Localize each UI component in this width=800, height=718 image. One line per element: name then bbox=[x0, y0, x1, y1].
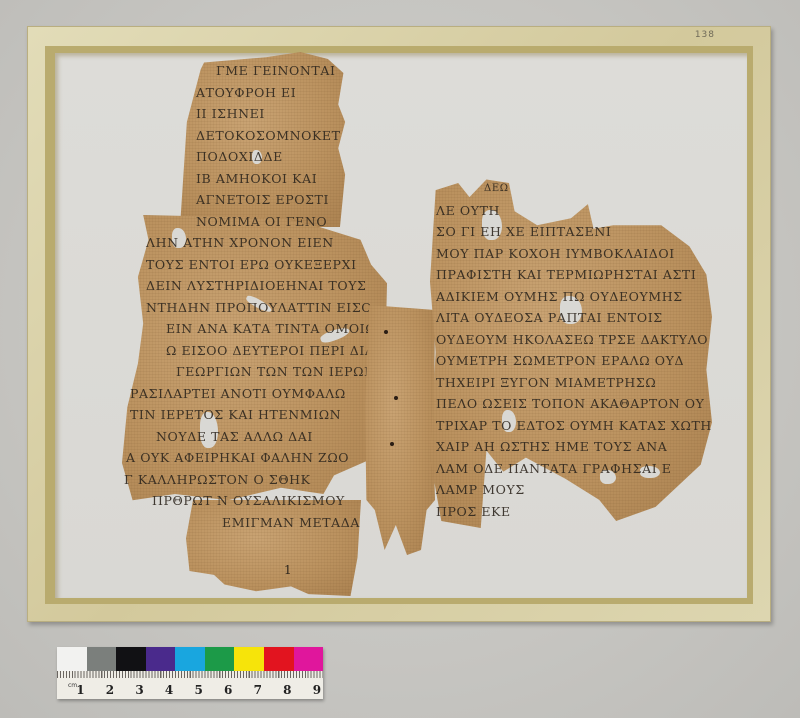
centimeter-ruler: cm 1 2 3 4 5 6 7 8 9 bbox=[57, 671, 323, 699]
swatch-purple bbox=[146, 647, 176, 671]
color-calibration-scale: cm 1 2 3 4 5 6 7 8 9 bbox=[57, 647, 323, 699]
text-line: ΛΑΜ ΟΔΕ ΠΑΝΤΑΤΑ ΓΡΑΦΗΣΑΙ Ε bbox=[436, 458, 712, 480]
swatch-yellow bbox=[234, 647, 264, 671]
text-line: ΕΜΙΓΜΑΝ ΜΕΤΑΔΑ bbox=[146, 512, 400, 534]
swatch-red bbox=[264, 647, 294, 671]
text-line: Γ ΚΑΛΛΗΡΩΣΤΟΝ Ο ΣΘΗΚ bbox=[124, 469, 400, 491]
swatch-white bbox=[57, 647, 87, 671]
text-line: ΛΑΜΡ ΜΟΥΣ bbox=[436, 479, 712, 501]
text-line: ΑΔΙΚΙΕΜ ΟΥΜΗΣ ΠΩ ΟΥΔΕΟΥΜΗΣ bbox=[436, 286, 712, 308]
text-line: Ω ΕΙΣΟΟ ΔΕΥΤΕΡΟΙ ΠΕΡΙ ΔΙΑ bbox=[146, 340, 400, 362]
text-line: ΕΙΝ ΑΝΑ ΚΑΤΑ ΤΙΝΤΑ ΟΜΟΙΩΣ bbox=[146, 318, 400, 340]
ruler-number: 5 bbox=[175, 683, 205, 697]
ruler-numbers: 1 2 3 4 5 6 7 8 9 bbox=[57, 683, 323, 697]
ruler-number: 2 bbox=[87, 683, 117, 697]
text-line: ΙΒ ΑΜΗΟΚΟΙ ΚΑΙ bbox=[196, 168, 341, 190]
text-line: ΛΙΤΑ ΟΥΔΕΟΣΑ ΡΑΠΤΑΙ ΕΝΤΟΙΣ bbox=[436, 307, 712, 329]
color-swatches bbox=[57, 647, 323, 671]
ruler-number: 1 bbox=[57, 683, 87, 697]
text-line: ΟΥΔΕΟΥΜ ΗΚΟΛΑΣΕΩ ΤΡΣΕ ΔΑΚΤΥΛΟ bbox=[436, 329, 712, 351]
text-line: ΧΑΙΡ ΑΗ ΩΣΤΗΣ ΗΜΕ ΤΟΥΣ ΑΝΑ bbox=[436, 436, 712, 458]
text-line: ΔΕΩ bbox=[436, 178, 712, 200]
text-line: ΠΡΑΦΙΣΤΗ ΚΑΙ ΤΕΡΜΙΩΡΗΣΤΑΙ ΑΣΤΙ bbox=[436, 264, 712, 286]
inventory-number: 138 bbox=[695, 30, 715, 40]
fragment-right-text: ΔΕΩ ΛΕ ΟΥΤΗ ΣΟ ΓΙ ΕΗ ΧΕ ΕΙΠΤΑΣΕΝΙ ΜΟΥ ΠΑ… bbox=[436, 178, 712, 522]
swatch-cyan bbox=[175, 647, 205, 671]
fragment-left-text-lower: ΛΗΝ ΑΤΗΝ ΧΡΟΝΟΝ ΕΙΕΝ ΤΟΥΣ ΕΝΤΟΙ ΕΡΩ ΟΥΚΕ… bbox=[146, 232, 400, 533]
text-line: ΛΗΝ ΑΤΗΝ ΧΡΟΝΟΝ ΕΙΕΝ bbox=[146, 232, 400, 254]
swatch-black bbox=[116, 647, 146, 671]
text-line: ΑΓΝΕΤΟΙΣ ΕΡΟΣΤΙ bbox=[196, 189, 341, 211]
text-line: ΔΕΤΟΚΟΣΟΜΝΟΚΕΤ bbox=[196, 125, 341, 147]
text-line: ΛΕ ΟΥΤΗ bbox=[436, 200, 712, 222]
text-line: ΤΗΧΕΙΡΙ ΞΥΓΟΝ ΜΙΑΜΕΤΡΗΣΩ bbox=[436, 372, 712, 394]
text-line: Α ΟΥΚ ΑΦΕΙΡΗΚΑΙ ΦΑΛΗΝ ΖΩΟ bbox=[126, 447, 400, 469]
text-line: ΠΕΛΟ ΩΣΕΙΣ ΤΟΠΟΝ ΑΚΑΘΑΡΤΟΝ ΟΥ bbox=[436, 393, 712, 415]
ruler-number: 6 bbox=[205, 683, 235, 697]
text-line: ΠΟΔΟΧΙΔΔΕ bbox=[196, 146, 341, 168]
text-line: ΤΟΥΣ ΕΝΤΟΙ ΕΡΩ ΟΥΚΕΞΕΡΧΙ bbox=[146, 254, 400, 276]
text-line: ΝΤΗΔΗΝ ΠΡΟΠΟΥΛΑΤΤΙΝ ΕΙΣΟ bbox=[146, 297, 400, 319]
text-line: ΓΕΩΡΓΙΩΝ ΤΩΝ ΤΩΝ ΙΕΡΩΝ ΤΟ bbox=[146, 361, 400, 383]
ruler-number: 9 bbox=[294, 683, 324, 697]
text-line: ΙΙ ΙΣΗΝΕΙ bbox=[196, 103, 341, 125]
text-line: ΤΡΙΧΑΡ ΤΟ ΕΔΤΟΣ ΟΥΜΗ ΚΑΤΑΣ ΧΩΤΗ bbox=[436, 415, 712, 437]
swatch-green bbox=[205, 647, 235, 671]
fragment-left-text-upper: ΓΜΕ ΓΕΙΝΟΝΤΑΙ ΑΤΟΥΦΡΟΗ ΕΙ ΙΙ ΙΣΗΝΕΙ ΔΕΤΟ… bbox=[196, 60, 341, 232]
text-line: ΝΟΥΔΕ ΤΑΣ ΑΛΛΩ ΔΑΙ bbox=[146, 426, 400, 448]
text-line: ΡΑΣΙΛΑΡΤΕΙ ΑΝΟΤΙ ΟΥΜΦΑΛΩ bbox=[130, 383, 400, 405]
swatch-magenta bbox=[294, 647, 324, 671]
page-number: 1 bbox=[284, 563, 292, 577]
text-line: ΠΡΟΣ ΕΚΕ bbox=[436, 501, 712, 523]
swatch-gray bbox=[87, 647, 117, 671]
text-line: ΑΤΟΥΦΡΟΗ ΕΙ bbox=[196, 82, 341, 104]
ruler-number: 7 bbox=[234, 683, 264, 697]
text-line: ΟΥΜΕΤΡΗ ΣΩΜΕΤΡΟΝ ΕΡΑΛΩ ΟΥΔ bbox=[436, 350, 712, 372]
text-line: ΔΕΙΝ ΛΥΣΤΗΡΙΔΙΟΕΗΝΑΙ ΤΟΥΣ bbox=[146, 275, 400, 297]
text-line: ΤΙΝ ΙΕΡΕΤΟΣ ΚΑΙ ΗΤΕΝΜΙΩΝ bbox=[130, 404, 400, 426]
ruler-number: 8 bbox=[264, 683, 294, 697]
text-line: ΜΟΥ ΠΑΡ ΚΟΧΟΗ ΙΥΜΒΟΚΛΑΙΔΟΙ bbox=[436, 243, 712, 265]
ruler-number: 3 bbox=[116, 683, 146, 697]
text-line: ΝΟΜΙΜΑ ΟΙ ΓΕΝΟ bbox=[196, 211, 341, 233]
ruler-number: 4 bbox=[146, 683, 176, 697]
text-line: ΠΡΘΡΩΤ Ν ΟΥΣΑΛΙΚΙΣΜΟΥ bbox=[146, 490, 400, 512]
text-line: ΓΜΕ ΓΕΙΝΟΝΤΑΙ bbox=[196, 60, 341, 82]
text-line: ΣΟ ΓΙ ΕΗ ΧΕ ΕΙΠΤΑΣΕΝΙ bbox=[436, 221, 712, 243]
